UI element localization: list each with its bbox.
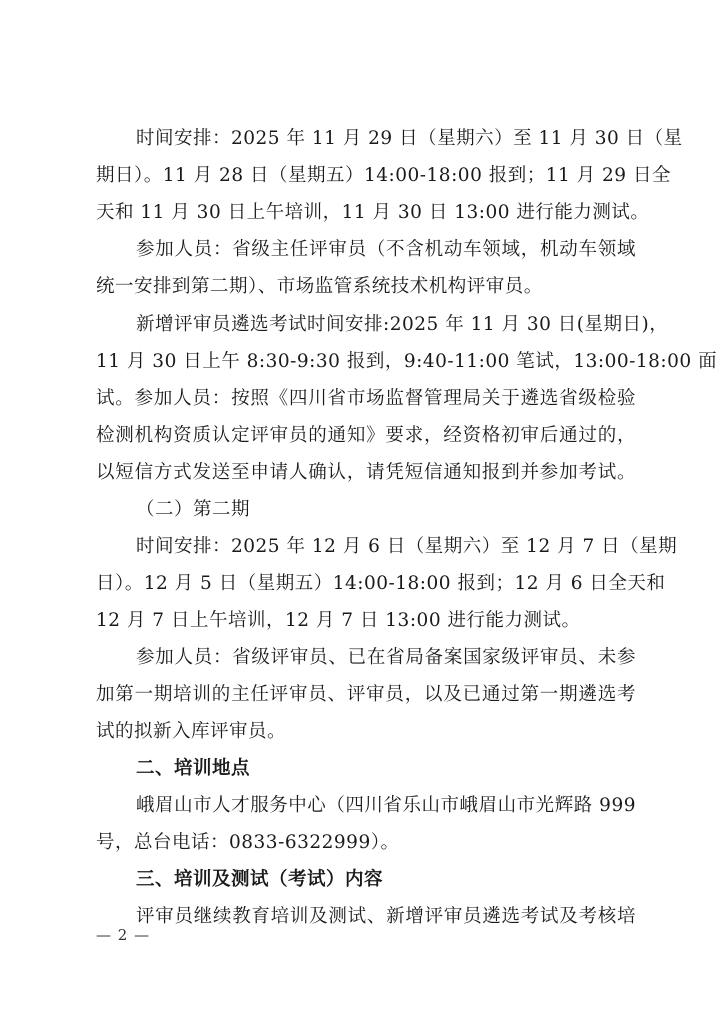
exam-schedule-line5: 以短信方式发送至申请人确认，请凭短信通知报到并参加考试。 xyxy=(96,458,636,488)
participants-phase2-line3: 试的拟新入库评审员。 xyxy=(96,717,636,747)
section-location-heading: 二、培训地点 xyxy=(96,754,636,784)
schedule-phase1-line2: 期日）。11 月 28 日（星期五）14:00-18:00 报到；11 月 29… xyxy=(96,161,636,191)
participants-phase1-line2: 统一安排到第二期）、市场监管系统技术机构评审员。 xyxy=(96,272,636,302)
location-line1: 峨眉山市人才服务中心（四川省乐山市峨眉山市光辉路 999 xyxy=(96,791,636,821)
schedule-phase2-line3: 12 月 7 日上午培训，12 月 7 日 13:00 进行能力测试。 xyxy=(96,606,636,636)
schedule-phase2-line2: 日）。12 月 5 日（星期五）14:00-18:00 报到；12 月 6 日全… xyxy=(96,569,636,599)
content-line1: 评审员继续教育培训及测试、新增评审员遴选考试及考核培 xyxy=(96,902,636,932)
participants-phase2-line2: 加第一期培训的主任评审员、评审员，以及已通过第一期遴选考 xyxy=(96,680,636,710)
exam-schedule-line4: 检测机构资质认定评审员的通知》要求，经资格初审后通过的， xyxy=(96,421,636,451)
schedule-phase1-line3: 天和 11 月 30 日上午培训，11 月 30 日 13:00 进行能力测试。 xyxy=(96,198,636,228)
schedule-phase1-line1: 时间安排：2025 年 11 月 29 日（星期六）至 11 月 30 日（星 xyxy=(96,124,636,154)
exam-schedule-line2: 11 月 30 日上午 8:30-9:30 报到，9:40-11:00 笔试，1… xyxy=(96,347,636,377)
section-content-heading: 三、培训及测试（考试）内容 xyxy=(96,865,636,895)
exam-schedule-line3: 试。参加人员：按照《四川省市场监督管理局关于遴选省级检验 xyxy=(96,384,636,414)
exam-schedule-line1: 新增评审员遴选考试时间安排:2025 年 11 月 30 日(星期日)， xyxy=(96,310,636,340)
page-number: — 2 — xyxy=(96,926,150,944)
section-phase2-heading: （二）第二期 xyxy=(96,495,636,525)
participants-phase2-line1: 参加人员：省级评审员、已在省局备案国家级评审员、未参 xyxy=(96,643,636,673)
location-line2: 号，总台电话：0833-6322999）。 xyxy=(96,828,636,858)
participants-phase1-line1: 参加人员：省级主任评审员（不含机动车领域，机动车领域 xyxy=(96,235,636,265)
schedule-phase2-line1: 时间安排：2025 年 12 月 6 日（星期六）至 12 月 7 日（星期 xyxy=(96,532,636,562)
